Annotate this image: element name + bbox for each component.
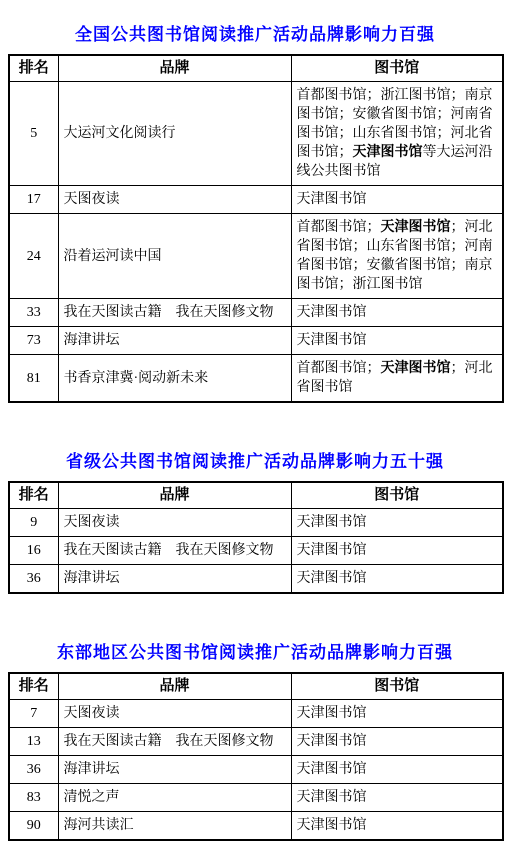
rank-cell: 16 <box>9 537 58 565</box>
library-cell: 首都图书馆；浙江图书馆；南京图书馆；安徽省图书馆；河南省图书馆；山东省图书馆；河… <box>291 82 503 186</box>
library-cell: 天津图书馆 <box>291 299 503 327</box>
brand-cell: 沿着运河读中国 <box>58 214 291 299</box>
table-title-provincial: 省级公共图书馆阅读推广活动品牌影响力五十强 <box>8 447 502 472</box>
brand-cell: 海河共读汇 <box>58 812 291 841</box>
library-cell: 天津图书馆 <box>291 728 503 756</box>
library-name: 天津图书馆 <box>297 762 367 777</box>
col-header-library: 图书馆 <box>291 482 503 509</box>
library-name: 天津图书馆 <box>381 220 451 235</box>
table-row: 33我在天图读古籍 我在天图修文物天津图书馆 <box>9 299 503 327</box>
rank-cell: 9 <box>9 509 58 537</box>
library-cell: 天津图书馆 <box>291 509 503 537</box>
col-header-brand: 品牌 <box>58 55 291 82</box>
table-row: 13我在天图读古籍 我在天图修文物天津图书馆 <box>9 728 503 756</box>
library-name: 天津图书馆 <box>297 818 367 833</box>
brand-cell: 我在天图读古籍 我在天图修文物 <box>58 299 291 327</box>
library-name: 天津图书馆 <box>297 515 367 530</box>
rank-cell: 36 <box>9 565 58 594</box>
rank-cell: 83 <box>9 784 58 812</box>
library-name: 首都图书馆； <box>297 220 381 235</box>
col-header-rank: 排名 <box>9 55 58 82</box>
table-row: 24沿着运河读中国首都图书馆；天津图书馆；河北省图书馆；山东省图书馆；河南省图书… <box>9 214 503 299</box>
library-name: 天津图书馆 <box>353 145 423 160</box>
table-row: 16我在天图读古籍 我在天图修文物天津图书馆 <box>9 537 503 565</box>
library-cell: 天津图书馆 <box>291 537 503 565</box>
table-row: 7天图夜读天津图书馆 <box>9 700 503 728</box>
header-row: 排名 品牌 图书馆 <box>9 673 503 700</box>
table-row: 36海津讲坛天津图书馆 <box>9 756 503 784</box>
brand-cell: 海津讲坛 <box>58 756 291 784</box>
library-name: 天津图书馆 <box>297 192 367 207</box>
ranking-table-eastern: 排名 品牌 图书馆 7天图夜读天津图书馆13我在天图读古籍 我在天图修文物天津图… <box>8 672 504 841</box>
ranking-table-provincial: 排名 品牌 图书馆 9天图夜读天津图书馆16我在天图读古籍 我在天图修文物天津图… <box>8 481 504 594</box>
brand-cell: 海津讲坛 <box>58 327 291 355</box>
col-header-brand: 品牌 <box>58 482 291 509</box>
col-header-brand: 品牌 <box>58 673 291 700</box>
table-row: 17天图夜读天津图书馆 <box>9 186 503 214</box>
table-row: 36海津讲坛天津图书馆 <box>9 565 503 594</box>
library-cell: 天津图书馆 <box>291 565 503 594</box>
brand-cell: 清悦之声 <box>58 784 291 812</box>
section-eastern-top100: 东部地区公共图书馆阅读推广活动品牌影响力百强 排名 品牌 图书馆 7天图夜读天津… <box>8 638 502 841</box>
rank-cell: 73 <box>9 327 58 355</box>
library-name: 首都图书馆； <box>297 361 381 376</box>
brand-cell: 书香京津冀·阅动新未来 <box>58 355 291 403</box>
library-name: 天津图书馆 <box>297 571 367 586</box>
brand-cell: 天图夜读 <box>58 700 291 728</box>
table-row: 81书香京津冀·阅动新未来首都图书馆；天津图书馆；河北省图书馆 <box>9 355 503 403</box>
brand-cell: 海津讲坛 <box>58 565 291 594</box>
rank-cell: 17 <box>9 186 58 214</box>
library-name: 天津图书馆 <box>297 706 367 721</box>
library-name: 天津图书馆 <box>297 790 367 805</box>
rank-cell: 33 <box>9 299 58 327</box>
library-cell: 首都图书馆；天津图书馆；河北省图书馆 <box>291 355 503 403</box>
rank-cell: 13 <box>9 728 58 756</box>
table-row: 5大运河文化阅读行首都图书馆；浙江图书馆；南京图书馆；安徽省图书馆；河南省图书馆… <box>9 82 503 186</box>
ranking-table-national: 排名 品牌 图书馆 5大运河文化阅读行首都图书馆；浙江图书馆；南京图书馆；安徽省… <box>8 54 504 403</box>
brand-cell: 我在天图读古籍 我在天图修文物 <box>58 537 291 565</box>
col-header-library: 图书馆 <box>291 673 503 700</box>
library-cell: 天津图书馆 <box>291 327 503 355</box>
library-name: 天津图书馆 <box>297 543 367 558</box>
table-title-national: 全国公共图书馆阅读推广活动品牌影响力百强 <box>8 20 502 45</box>
library-cell: 天津图书馆 <box>291 784 503 812</box>
rank-cell: 36 <box>9 756 58 784</box>
library-cell: 首都图书馆；天津图书馆；河北省图书馆；山东省图书馆；河南省图书馆；安徽省图书馆；… <box>291 214 503 299</box>
library-name: 天津图书馆 <box>297 734 367 749</box>
library-cell: 天津图书馆 <box>291 812 503 841</box>
rank-cell: 24 <box>9 214 58 299</box>
section-national-top100: 全国公共图书馆阅读推广活动品牌影响力百强 排名 品牌 图书馆 5大运河文化阅读行… <box>8 20 502 403</box>
table-row: 90海河共读汇天津图书馆 <box>9 812 503 841</box>
rank-cell: 7 <box>9 700 58 728</box>
brand-cell: 天图夜读 <box>58 509 291 537</box>
brand-cell: 我在天图读古籍 我在天图修文物 <box>58 728 291 756</box>
library-cell: 天津图书馆 <box>291 700 503 728</box>
header-row: 排名 品牌 图书馆 <box>9 55 503 82</box>
rank-cell: 5 <box>9 82 58 186</box>
col-header-rank: 排名 <box>9 482 58 509</box>
brand-cell: 天图夜读 <box>58 186 291 214</box>
col-header-rank: 排名 <box>9 673 58 700</box>
section-provincial-top50: 省级公共图书馆阅读推广活动品牌影响力五十强 排名 品牌 图书馆 9天图夜读天津图… <box>8 447 502 594</box>
brand-cell: 大运河文化阅读行 <box>58 82 291 186</box>
library-name: 天津图书馆 <box>297 305 367 320</box>
col-header-library: 图书馆 <box>291 55 503 82</box>
library-cell: 天津图书馆 <box>291 186 503 214</box>
table-row: 9天图夜读天津图书馆 <box>9 509 503 537</box>
rank-cell: 81 <box>9 355 58 403</box>
library-name: 天津图书馆 <box>381 361 451 376</box>
table-row: 83清悦之声天津图书馆 <box>9 784 503 812</box>
document-page: 全国公共图书馆阅读推广活动品牌影响力百强 排名 品牌 图书馆 5大运河文化阅读行… <box>0 0 510 847</box>
table-row: 73海津讲坛天津图书馆 <box>9 327 503 355</box>
library-cell: 天津图书馆 <box>291 756 503 784</box>
header-row: 排名 品牌 图书馆 <box>9 482 503 509</box>
library-name: 天津图书馆 <box>297 333 367 348</box>
table-title-eastern: 东部地区公共图书馆阅读推广活动品牌影响力百强 <box>8 638 502 663</box>
rank-cell: 90 <box>9 812 58 841</box>
